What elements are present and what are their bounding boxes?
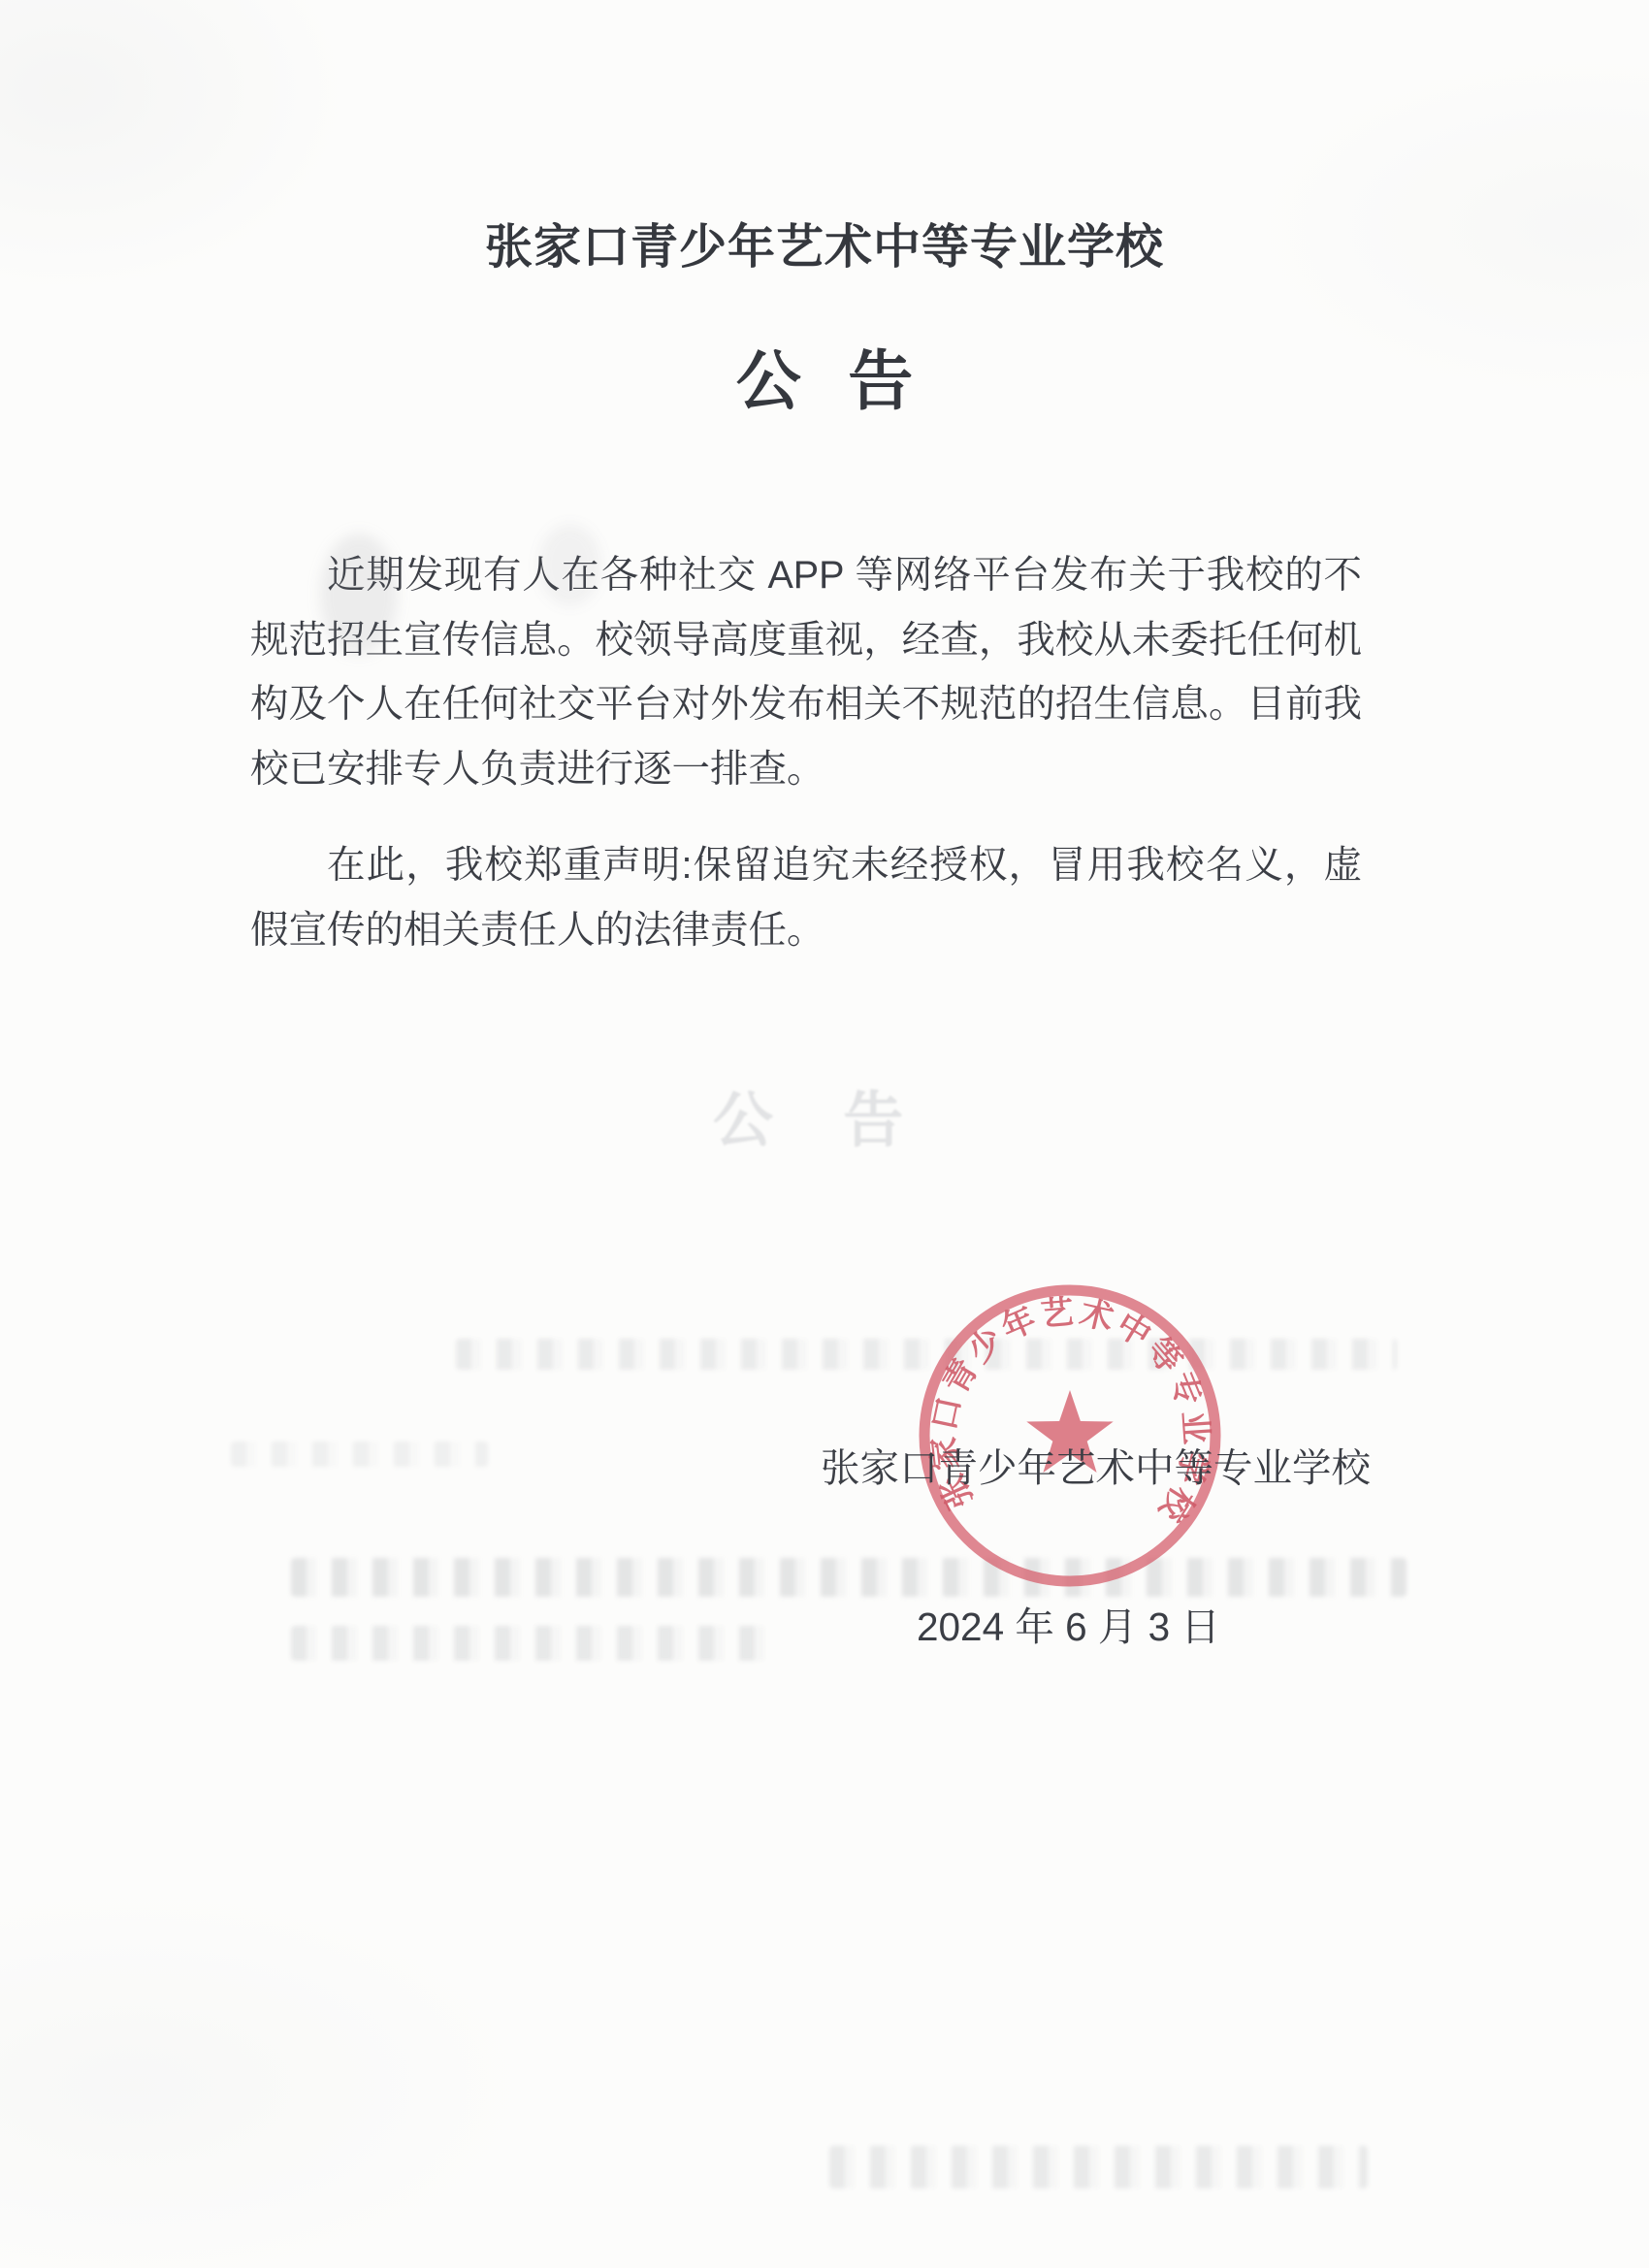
scan-smudge — [538, 524, 601, 606]
signature-school-name: 张家口青少年艺术中等专业学校 — [821, 1436, 1371, 1493]
announcement-body: 近期发现有人在各种社交 APP 等网络平台发布关于我校的不规范招生宣传信息。校领… — [250, 543, 1362, 962]
ghost-bleedthrough-text-band — [231, 1442, 488, 1467]
school-name-heading: 张家口青少年艺术中等专业学校 — [0, 210, 1649, 277]
paragraph-1: 近期发现有人在各种社交 APP 等网络平台发布关于我校的不规范招生宣传信息。校领… — [250, 543, 1362, 801]
ghost-bleedthrough-title: 公 告 — [713, 1072, 903, 1158]
scan-smudge — [320, 534, 398, 655]
ghost-bleedthrough-text-band — [291, 1626, 776, 1661]
ghost-bleedthrough-text-band — [291, 1558, 1406, 1597]
scanned-announcement-page: 张家口青少年艺术中等专业学校 公 告 近期发现有人在各种社交 APP 等网络平台… — [0, 0, 1649, 2268]
announcement-date: 2024 年 6 月 3 日 — [917, 1595, 1220, 1652]
announcement-title: 公 告 — [0, 330, 1649, 423]
ghost-bleedthrough-text-band — [829, 2146, 1368, 2188]
paragraph-2: 在此，我校郑重声明:保留追究未经授权，冒用我校名义，虚假宣传的相关责任人的法律责… — [250, 833, 1362, 962]
